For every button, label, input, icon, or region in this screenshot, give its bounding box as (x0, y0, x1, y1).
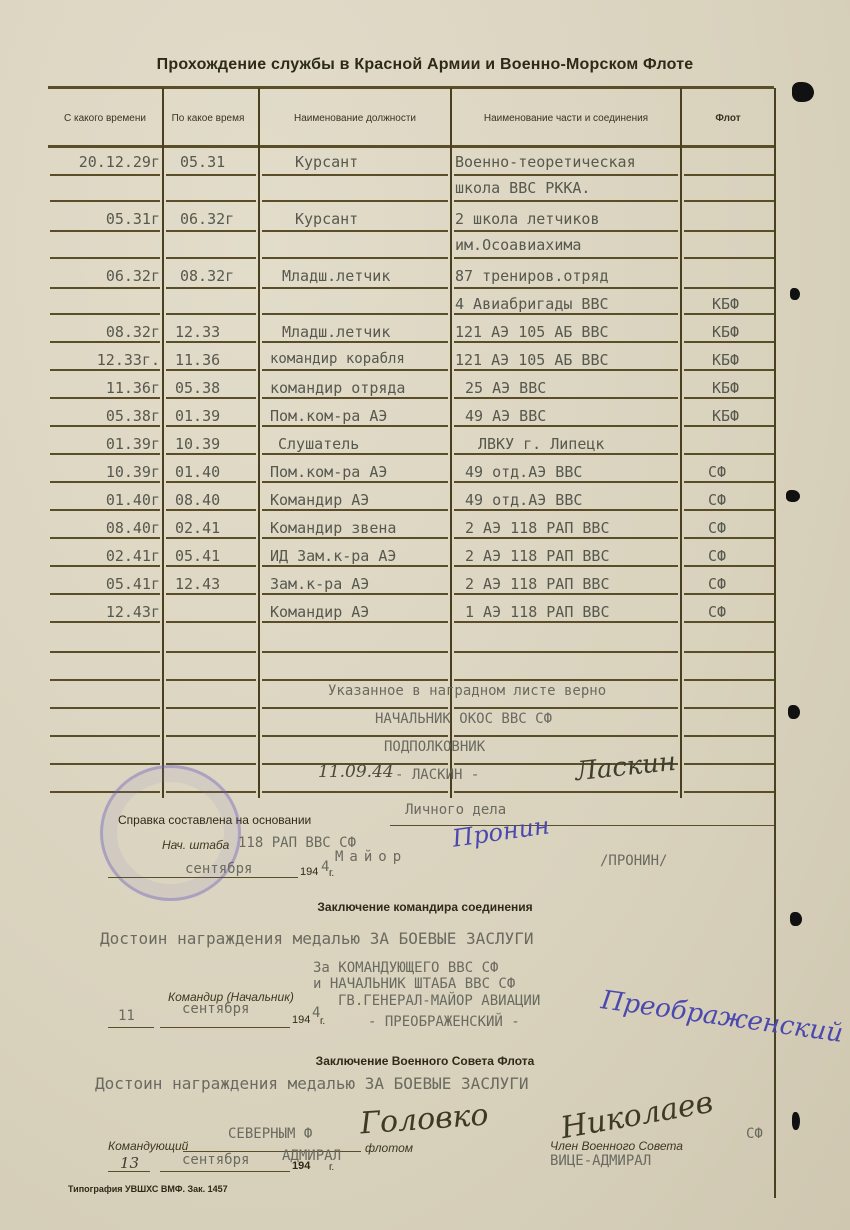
row-rule (262, 397, 448, 399)
punch-hole (790, 288, 800, 300)
row-rule (454, 174, 678, 176)
row-rule (166, 537, 256, 539)
cell-position: ИД Зам.к-ра АЭ (270, 547, 396, 565)
row-rule (684, 257, 774, 259)
cell-position: Зам.к-ра АЭ (270, 575, 369, 593)
row-rule (166, 425, 256, 427)
row-rule (262, 257, 448, 259)
cell-from: 01.39г (48, 435, 160, 453)
date-underline (108, 877, 298, 878)
cell-position: Командир АЭ (270, 603, 369, 621)
row-rule (684, 791, 774, 793)
cell-from: 12.43г (48, 603, 160, 621)
certification-date: 11.09.44 (318, 762, 394, 782)
row-rule (684, 313, 774, 315)
column-header-unit: Наименование части и соединения (452, 92, 680, 144)
row-rule (454, 287, 678, 289)
cell-from: 05.31г (48, 210, 160, 228)
award-sheet-page: Прохождение службы в Красной Армии и Вое… (0, 0, 850, 1230)
cell-from: 02.41г (48, 547, 160, 565)
cell-position: Слушатель (278, 435, 359, 453)
council-date-day: 13 (120, 1154, 139, 1172)
cell-unit: Военно-теоретическая (455, 153, 636, 171)
cell-from: 12.33г. (48, 351, 160, 369)
row-rule (684, 651, 774, 653)
commander-date-month: сентября (182, 1001, 249, 1017)
commander-line4: - ПРЕОБРАЖЕНСКИЙ - (368, 1014, 520, 1030)
row-rule (684, 453, 774, 455)
row-rule (262, 707, 448, 709)
row-rule (50, 621, 160, 623)
row-rule (454, 481, 678, 483)
row-rule (684, 369, 774, 371)
row-rule (50, 565, 160, 567)
column-divider (258, 88, 260, 798)
row-rule (166, 313, 256, 315)
row-rule (50, 509, 160, 511)
row-rule (50, 453, 160, 455)
punch-hole (792, 1112, 800, 1130)
cell-fleet: СФ (708, 603, 726, 621)
cell-fleet: КБФ (712, 295, 739, 313)
cell-to: 01.39 (175, 407, 220, 425)
cell-unit: 121 АЭ 105 АБ ВВС (455, 323, 609, 341)
row-rule (684, 425, 774, 427)
row-rule (166, 735, 256, 737)
row-rule (454, 369, 678, 371)
cell-unit: 25 АЭ ВВС (465, 379, 546, 397)
row-rule (50, 313, 160, 315)
column-divider (680, 88, 682, 798)
reference-label: Справка составлена на основании (118, 813, 311, 827)
cell-from: 05.41г (48, 575, 160, 593)
cell-unit: 1 АЭ 118 РАП ВВС (465, 603, 610, 621)
row-rule (166, 174, 256, 176)
row-rule (50, 593, 160, 595)
council-member-rank: ВИЦЕ-АДМИРАЛ (550, 1153, 651, 1169)
row-rule (166, 369, 256, 371)
row-rule (454, 313, 678, 315)
cell-from: 08.32г (48, 323, 160, 341)
cell-unit: 4 Авиабригады ВВС (455, 295, 609, 313)
cell-fleet: СФ (708, 519, 726, 537)
cell-to: 12.43 (175, 575, 220, 593)
row-rule (454, 565, 678, 567)
cell-fleet: СФ (708, 575, 726, 593)
cell-fleet: СФ (708, 547, 726, 565)
commander-conclusion-text: Достоин награждения медалью ЗА БОЕВЫЕ ЗА… (100, 929, 533, 948)
cell-unit: им.Осоавиахима (455, 236, 581, 254)
row-rule (50, 200, 160, 202)
cell-fleet: КБФ (712, 379, 739, 397)
cell-from: 05.38г (48, 407, 160, 425)
row-rule (684, 230, 774, 232)
row-rule (684, 593, 774, 595)
cell-position: Младш.летчик (282, 323, 390, 341)
certification-line2: НАЧАЛЬНИК ОКОС ВВС СФ (375, 711, 552, 727)
punch-hole (786, 490, 800, 502)
cell-to: 12.33 (175, 323, 220, 341)
row-rule (262, 230, 448, 232)
document-title: Прохождение службы в Красной Армии и Вое… (0, 56, 850, 74)
row-rule (454, 621, 678, 623)
row-rule (262, 313, 448, 315)
row-rule (50, 707, 160, 709)
reference-basis-underline (390, 825, 774, 826)
row-rule (684, 621, 774, 623)
cell-from: 20.12.29г (48, 153, 160, 171)
row-rule (262, 287, 448, 289)
cell-to: 05.41 (175, 547, 220, 565)
row-rule (166, 621, 256, 623)
cell-position: Курсант (295, 210, 358, 228)
row-rule (262, 425, 448, 427)
cell-unit: 2 АЭ 118 РАП ВВС (465, 519, 610, 537)
header-bottom-border (48, 145, 774, 148)
cell-position: командир корабля (270, 351, 405, 367)
row-rule (166, 397, 256, 399)
row-rule (454, 593, 678, 595)
date-underline (108, 1027, 154, 1028)
cell-from: 01.40г (48, 491, 160, 509)
cell-position: Командир АЭ (270, 491, 369, 509)
row-rule (166, 509, 256, 511)
row-rule (50, 174, 160, 176)
row-rule (454, 537, 678, 539)
cell-from: 08.40г (48, 519, 160, 537)
row-rule (166, 565, 256, 567)
row-rule (262, 453, 448, 455)
row-rule (166, 707, 256, 709)
cell-fleet: КБФ (712, 407, 739, 425)
row-rule (684, 763, 774, 765)
row-rule (50, 537, 160, 539)
cell-fleet: КБФ (712, 323, 739, 341)
row-rule (50, 763, 160, 765)
cell-to: 10.39 (175, 435, 220, 453)
row-rule (50, 397, 160, 399)
cell-to: 05.38 (175, 379, 220, 397)
row-rule (262, 565, 448, 567)
row-rule (262, 791, 448, 793)
row-rule (454, 791, 678, 793)
cell-position: Курсант (295, 153, 358, 171)
row-rule (166, 257, 256, 259)
cell-unit: школа ВВС РККА. (455, 179, 590, 197)
official-seal-stamp (100, 765, 241, 901)
row-rule (684, 397, 774, 399)
commander-line2: и НАЧАЛЬНИК ШТАБА ВВС СФ (313, 976, 515, 992)
row-rule (50, 481, 160, 483)
row-rule (684, 174, 774, 176)
council-conclusion-heading: Заключение Военного Совета Флота (0, 1054, 850, 1068)
commander-line3: ГВ.ГЕНЕРАЛ-МАЙОР АВИАЦИИ (338, 993, 540, 1009)
row-rule (454, 453, 678, 455)
reference-date-year: 194 (300, 866, 318, 878)
cell-unit: 2 школа летчиков (455, 210, 600, 228)
cell-unit: 2 АЭ 118 РАП ВВС (465, 547, 610, 565)
commander-signature: Преображенский (599, 985, 845, 1049)
row-rule (454, 679, 678, 681)
reference-basis: Личного дела (405, 802, 506, 818)
commander-date-g: г. (320, 1016, 325, 1027)
cell-to: 02.41 (175, 519, 220, 537)
council-member-signature: Николаев (558, 1085, 715, 1146)
row-rule (166, 200, 256, 202)
cell-fleet: СФ (708, 491, 726, 509)
row-rule (262, 679, 448, 681)
row-rule (454, 341, 678, 343)
cell-to: 05.31 (180, 153, 225, 171)
row-rule (262, 341, 448, 343)
column-divider (162, 88, 164, 798)
row-rule (50, 369, 160, 371)
commander-date-day: 11 (118, 1008, 135, 1024)
row-rule (262, 174, 448, 176)
row-rule (454, 651, 678, 653)
row-rule (262, 735, 448, 737)
row-rule (166, 593, 256, 595)
row-rule (454, 397, 678, 399)
row-rule (166, 453, 256, 455)
council-date-month: сентября (182, 1152, 249, 1168)
certification-signature: Ласкин (574, 747, 678, 787)
cell-unit: 121 АЭ 105 АБ ВВС (455, 351, 609, 369)
row-rule (454, 200, 678, 202)
fleet-name: СЕВЕРНЫМ Ф (228, 1126, 312, 1142)
row-rule (50, 287, 160, 289)
row-rule (262, 481, 448, 483)
row-rule (166, 230, 256, 232)
date-underline (160, 1171, 290, 1172)
council-conclusion-text: Достоин награждения медалью ЗА БОЕВЫЕ ЗА… (95, 1074, 528, 1093)
row-rule (166, 679, 256, 681)
date-underline (160, 1027, 290, 1028)
column-header-position: Наименование должности (260, 92, 450, 144)
row-rule (166, 651, 256, 653)
column-header-fleet: Флот (682, 92, 774, 144)
commander-conclusion-heading: Заключение командира соединения (0, 900, 850, 914)
row-rule (50, 679, 160, 681)
punch-hole (792, 82, 814, 102)
row-rule (454, 509, 678, 511)
column-header-to: По какое время (168, 92, 248, 144)
cell-position: Пом.ком-ра АЭ (270, 407, 387, 425)
cell-unit: 2 АЭ 118 РАП ВВС (465, 575, 610, 593)
row-rule (262, 621, 448, 623)
row-rule (684, 481, 774, 483)
certification-line3: ПОДПОЛКОВНИК (384, 739, 485, 755)
table-top-border (48, 86, 774, 89)
cell-to: 08.32г (180, 267, 234, 285)
row-rule (454, 707, 678, 709)
cell-position: Пом.ком-ра АЭ (270, 463, 387, 481)
cell-unit: 87 трениров.отряд (455, 267, 609, 285)
row-rule (50, 230, 160, 232)
reference-date-month: сентября (185, 861, 252, 877)
row-rule (166, 287, 256, 289)
cell-to: 11.36 (175, 351, 220, 369)
council-date-year: 194 (292, 1160, 310, 1172)
cell-position: Командир звена (270, 519, 396, 537)
row-rule (50, 651, 160, 653)
punch-hole (790, 912, 802, 926)
row-rule (454, 257, 678, 259)
row-rule (50, 257, 160, 259)
chief-of-staff-label: Нач. штаба (162, 838, 229, 852)
printer-imprint: Типография УВШХС ВМФ. Зак. 1457 (68, 1184, 228, 1194)
fleet-label: флотом (365, 1141, 413, 1155)
cell-to: 01.40 (175, 463, 220, 481)
cell-unit: 49 отд.АЭ ВВС (465, 491, 582, 509)
fleet-commander-signature: Головко (359, 1098, 490, 1142)
row-rule (166, 481, 256, 483)
row-rule (684, 287, 774, 289)
row-rule (262, 509, 448, 511)
row-rule (50, 735, 160, 737)
row-rule (454, 230, 678, 232)
column-header-from: С какого времени (48, 92, 162, 144)
row-rule (262, 369, 448, 371)
cell-unit: ЛВКУ г. Липецк (478, 435, 604, 453)
row-rule (262, 593, 448, 595)
reference-date-g: г. (329, 868, 334, 879)
fleet-commander-label: Командующий (108, 1139, 188, 1153)
cell-from: 10.39г (48, 463, 160, 481)
punch-hole (788, 705, 800, 719)
row-rule (454, 735, 678, 737)
cell-unit: 49 отд.АЭ ВВС (465, 463, 582, 481)
row-rule (684, 509, 774, 511)
cell-to: 06.32г (180, 210, 234, 228)
chief-of-staff-rank: Майор (335, 849, 407, 865)
council-date-g: г. (329, 1162, 334, 1173)
cell-from: 06.32г (48, 267, 160, 285)
cell-fleet: СФ (708, 463, 726, 481)
council-member-suffix: СФ (746, 1126, 763, 1142)
certification-line4: - ЛАСКИН - (395, 767, 479, 783)
cell-position: Младш.летчик (282, 267, 390, 285)
row-rule (684, 537, 774, 539)
row-rule (262, 651, 448, 653)
cell-unit: 49 АЭ ВВС (465, 407, 546, 425)
row-rule (166, 341, 256, 343)
certification-line1: Указанное в наградном листе верно (328, 683, 606, 699)
row-rule (684, 735, 774, 737)
row-rule (262, 537, 448, 539)
row-rule (684, 200, 774, 202)
row-rule (50, 425, 160, 427)
cell-to: 08.40 (175, 491, 220, 509)
row-rule (50, 341, 160, 343)
row-rule (684, 707, 774, 709)
cell-from: 11.36г (48, 379, 160, 397)
row-rule (262, 200, 448, 202)
row-rule (684, 341, 774, 343)
row-rule (684, 565, 774, 567)
cell-position: командир отряда (270, 379, 405, 397)
row-rule (454, 425, 678, 427)
commander-line1: За КОМАНДУЮЩЕГО ВВС СФ (313, 960, 498, 976)
row-rule (684, 679, 774, 681)
chief-of-staff-name: /ПРОНИН/ (600, 853, 667, 869)
commander-date-year: 194 (292, 1014, 310, 1026)
cell-fleet: КБФ (712, 351, 739, 369)
